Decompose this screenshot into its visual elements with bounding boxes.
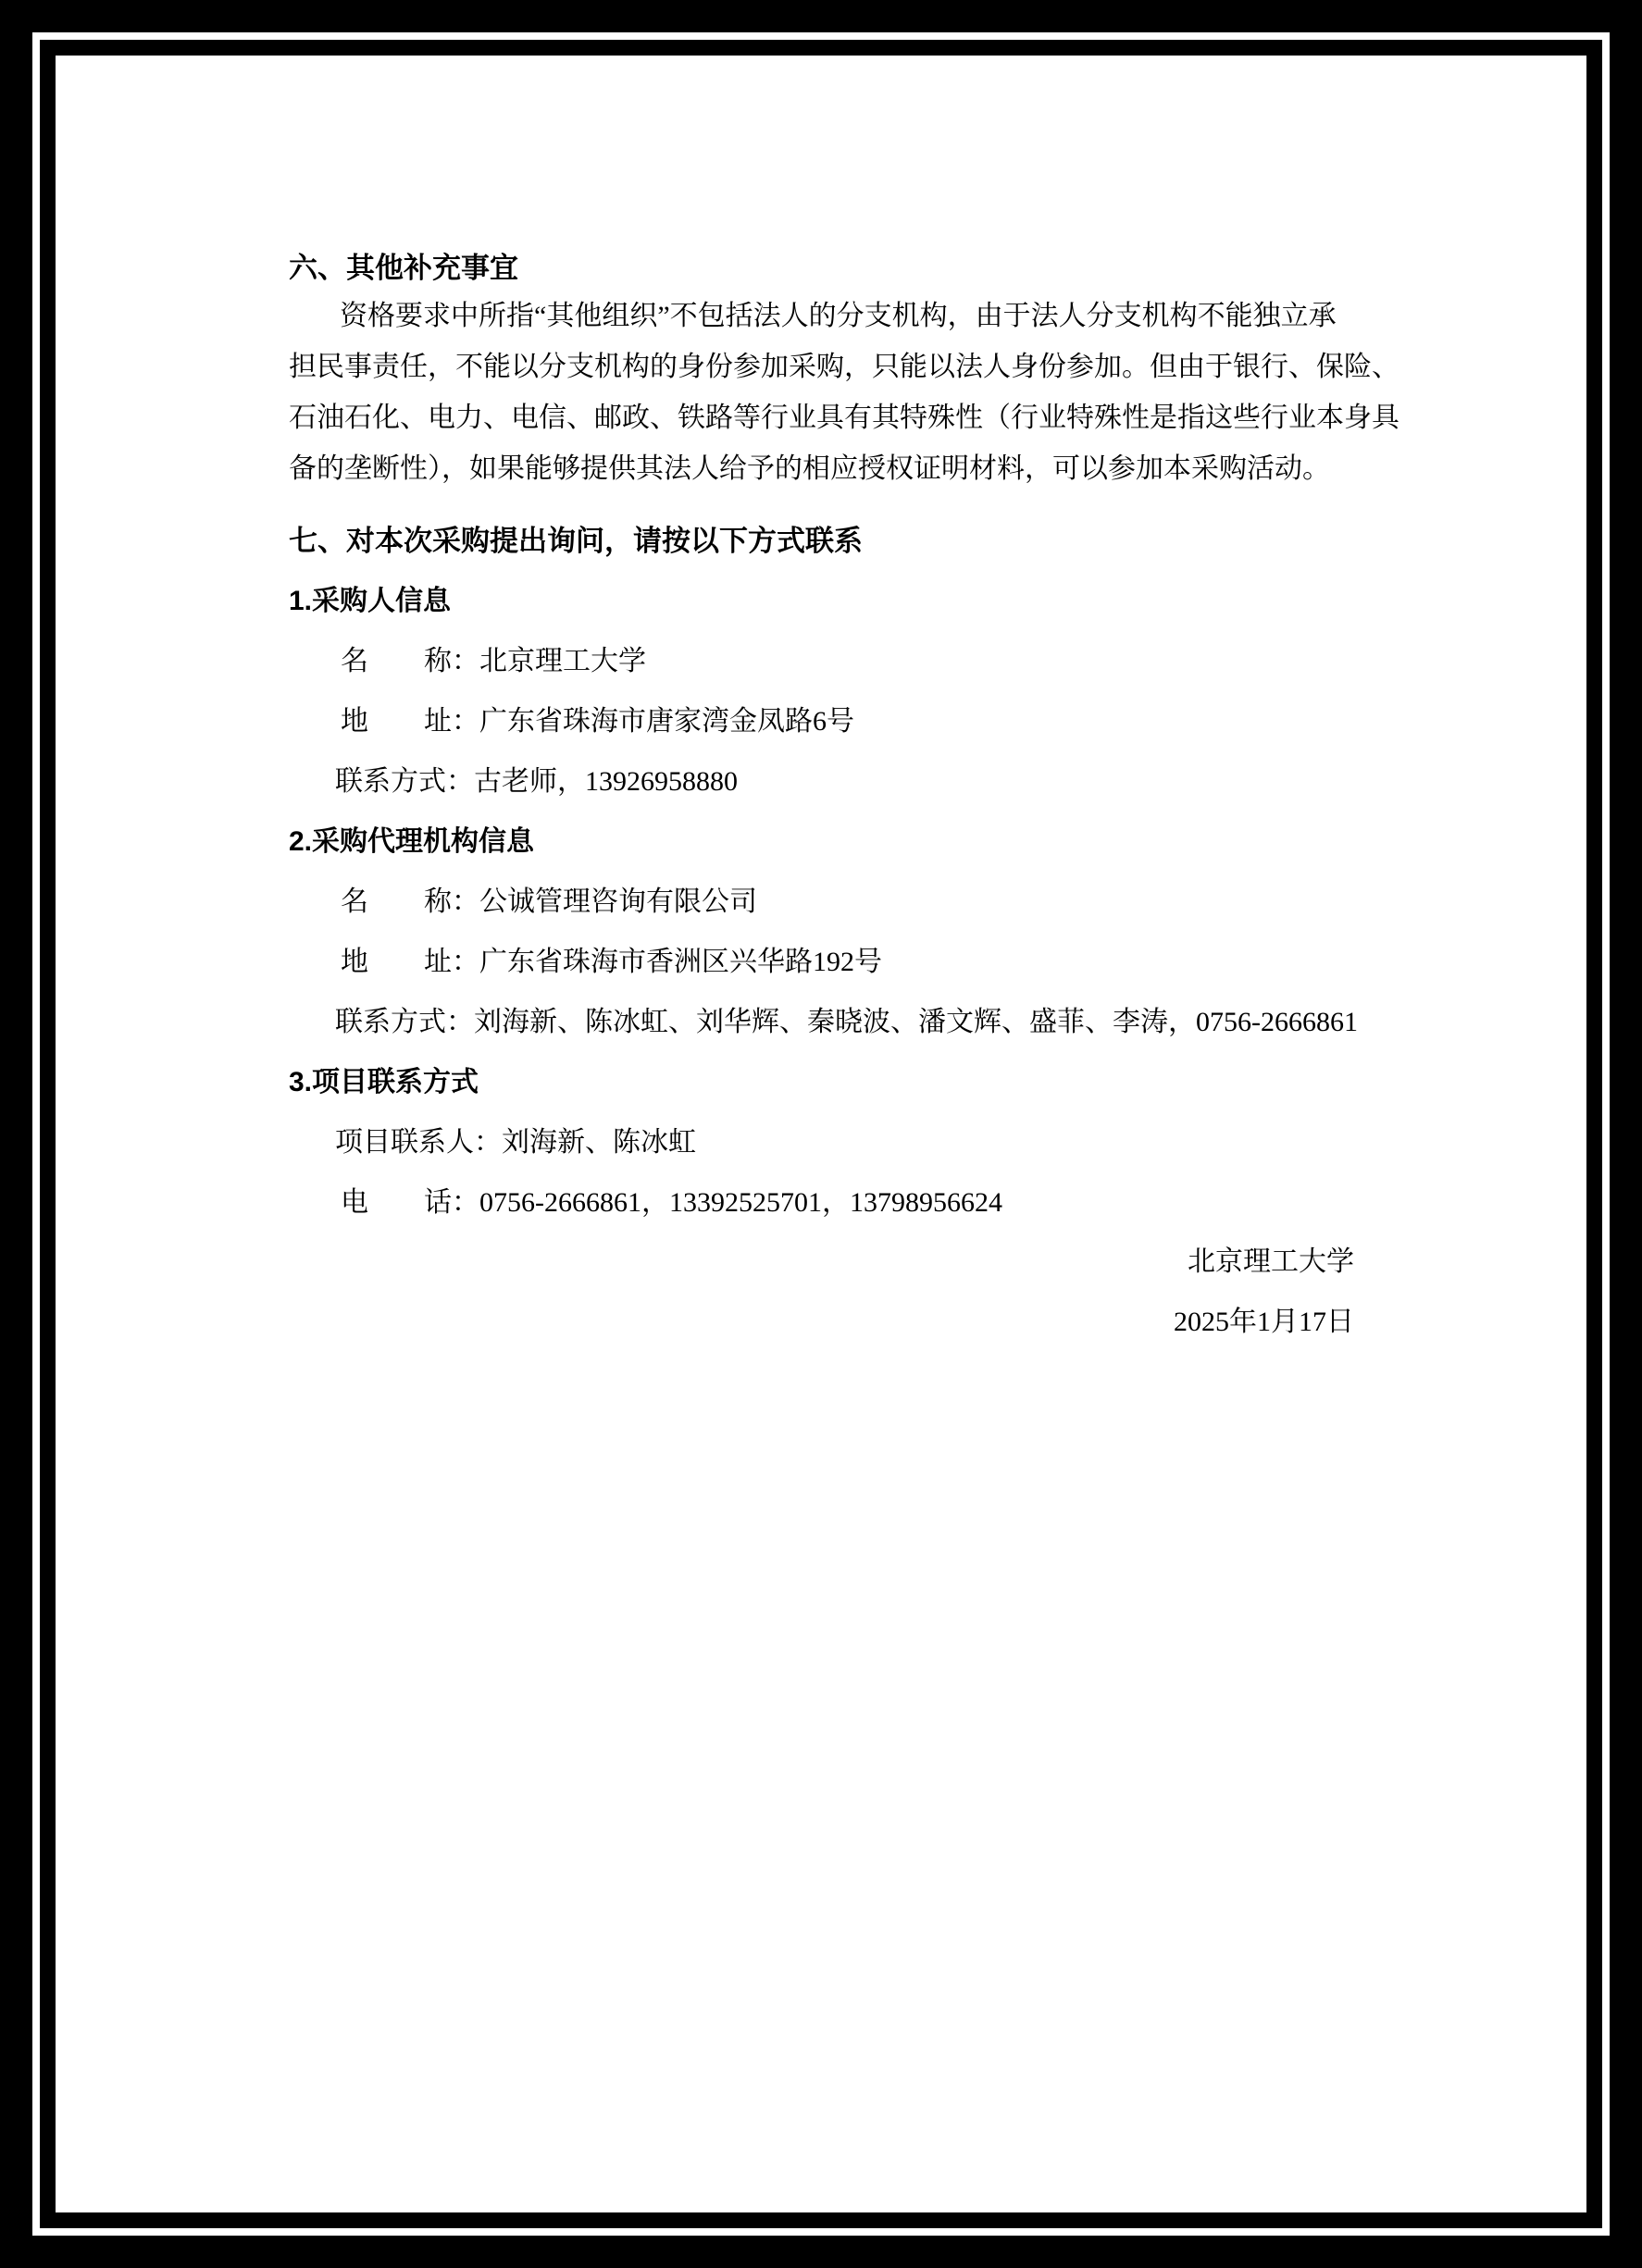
section7-heading: 七、对本次采购提出询问，请按以下方式联系 — [289, 526, 863, 557]
project-phone-row: 电 话：0756-2666861，13392525701，13798956624 — [341, 1187, 1002, 1219]
agency-address-row: 地 址：广东省珠海市香洲区兴华路192号 — [341, 947, 882, 978]
project-heading: 3.项目联系方式 — [289, 1067, 479, 1098]
agency-contact-label: 联系方式： — [335, 1007, 474, 1037]
purchaser-name-value: 北京理工大学 — [479, 646, 646, 676]
purchaser-address-label: 地 址： — [341, 706, 479, 737]
agency-name-row: 名 称：公诚管理咨询有限公司 — [341, 886, 757, 918]
purchaser-name-label: 名 称： — [341, 646, 479, 676]
purchaser-contact-value: 古老师，13926958880 — [474, 766, 738, 797]
project-person-label: 项目联系人： — [335, 1127, 502, 1158]
section6-paragraph-line: 备的垄断性），如果能够提供其法人给予的相应授权证明材料，可以参加本采购活动。 — [289, 453, 1330, 485]
project-person-row: 项目联系人：刘海新、陈冰虹 — [335, 1127, 696, 1159]
signature-org: 北京理工大学 — [1188, 1246, 1354, 1278]
purchaser-heading: 1.采购人信息 — [289, 586, 451, 617]
signature-date: 2025年1月17日 — [1174, 1307, 1354, 1338]
section6-heading: 六、其他补充事宜 — [289, 253, 518, 284]
agency-address-value: 广东省珠海市香洲区兴华路192号 — [479, 947, 882, 977]
purchaser-name-row: 名 称：北京理工大学 — [341, 646, 646, 677]
project-phone-value: 0756-2666861，13392525701，13798956624 — [479, 1187, 1002, 1218]
document-page: 六、其他补充事宜 资格要求中所指“其他组织”不包括法人的分支机构，由于法人分支机… — [56, 56, 1586, 2212]
purchaser-contact-row: 联系方式：古老师，13926958880 — [335, 766, 738, 798]
project-person-value: 刘海新、陈冰虹 — [502, 1127, 696, 1158]
agency-contact-row: 联系方式：刘海新、陈冰虹、刘华辉、秦晓波、潘文辉、盛菲、李涛，0756-2666… — [335, 1007, 1358, 1038]
agency-address-label: 地 址： — [341, 947, 479, 977]
agency-heading: 2.采购代理机构信息 — [289, 826, 534, 858]
purchaser-address-value: 广东省珠海市唐家湾金凤路6号 — [479, 706, 854, 737]
purchaser-contact-label: 联系方式： — [335, 766, 474, 797]
purchaser-address-row: 地 址：广东省珠海市唐家湾金凤路6号 — [341, 706, 854, 737]
agency-name-label: 名 称： — [341, 886, 479, 917]
agency-contact-value: 刘海新、陈冰虹、刘华辉、秦晓波、潘文辉、盛菲、李涛，0756-2666861 — [474, 1007, 1358, 1037]
agency-name-value: 公诚管理咨询有限公司 — [479, 886, 757, 917]
section6-paragraph-line: 担民事责任，不能以分支机构的身份参加采购，只能以法人身份参加。但由于银行、保险、 — [289, 352, 1399, 383]
section6-paragraph-line: 资格要求中所指“其他组织”不包括法人的分支机构，由于法人分支机构不能独立承 — [340, 301, 1337, 332]
section6-paragraph-line: 石油石化、电力、电信、邮政、铁路等行业具有其特殊性（行业特殊性是指这些行业本身具 — [289, 403, 1399, 434]
project-phone-label: 电 话： — [341, 1187, 479, 1218]
